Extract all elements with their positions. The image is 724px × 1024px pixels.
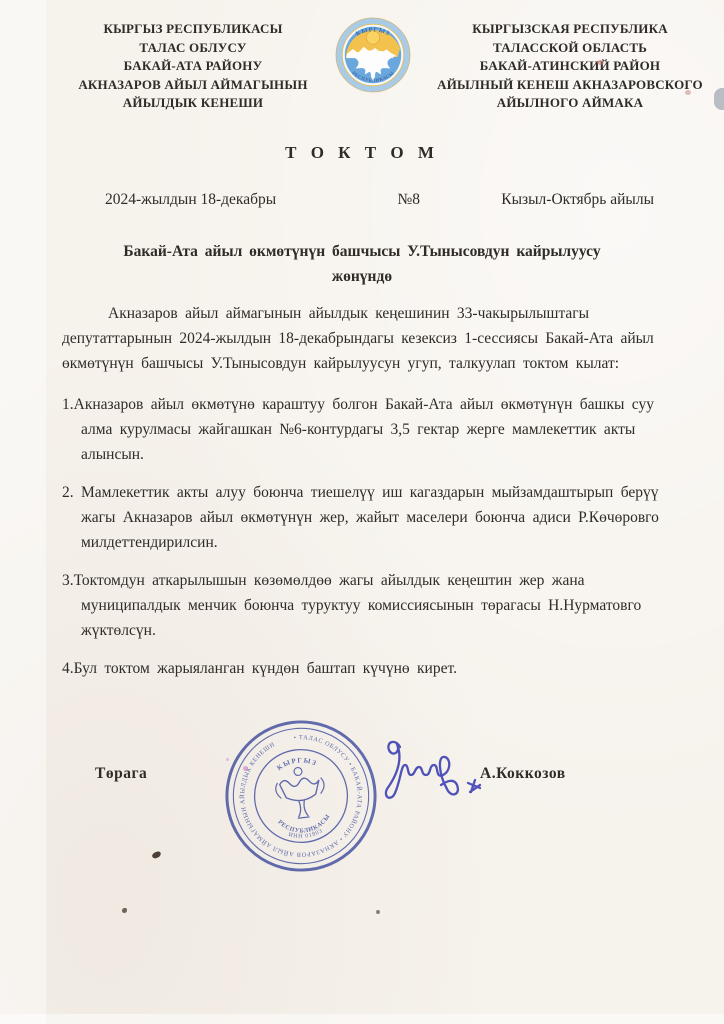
- scan-speck: [597, 60, 604, 65]
- decree-preamble: Акназаров айыл аймагынын айылдык кеңешин…: [62, 301, 674, 376]
- signer-role: Төрага: [95, 765, 147, 783]
- signature-block: Төрага • ТАЛАС ОБЛУСУ • БАКАЙ-АТА РАЙОНУ…: [0, 707, 724, 947]
- scanned-decree-page: КЫРГЫЗ РЕСПУБЛИКАСЫ ТАЛАС ОБЛУСУ БАКАЙ-А…: [0, 0, 724, 1024]
- document-title: Т О К Т О М: [0, 143, 724, 163]
- org-line: АКНАЗАРОВ АЙЫЛ АЙМАГЫНЫН: [62, 76, 324, 95]
- org-line: ТАЛАС ОБЛУСУ: [62, 39, 324, 58]
- decree-item-3: 3.Токтомдун аткарылышын көзөмөлдөө жагы …: [62, 568, 680, 643]
- org-name-kyrgyz: КЫРГЫЗ РЕСПУБЛИКАСЫ ТАЛАС ОБЛУСУ БАКАЙ-А…: [62, 20, 324, 113]
- stamp-inner-top-text: КЫРГЫЗ: [275, 755, 319, 773]
- org-line: ТАЛАССКОЙ ОБЛАСТЬ: [422, 39, 718, 58]
- handwritten-signature-icon: [376, 731, 494, 813]
- kyrgyz-national-emblem-icon: КЫРГЫЗ РЕСПУБЛИКАСЫ: [334, 16, 412, 94]
- org-line: АЙЫЛНОГО АЙМАКА: [422, 94, 718, 113]
- org-line: БАКАЙ-АТА РАЙОНУ: [62, 57, 324, 76]
- decree-number: №8: [397, 191, 420, 209]
- decree-subject: Бакай-Ата айыл өкмөтүнүн башчысы У.Тыныс…: [123, 239, 601, 289]
- scan-speck: [714, 88, 724, 110]
- official-round-stamp-icon: • ТАЛАС ОБЛУСУ • БАКАЙ-АТА РАЙОНУ • АКНА…: [222, 717, 380, 875]
- decree-item-4: 4.Бул токтом жарыяланган күндөн баштап к…: [62, 656, 680, 681]
- scan-speck: [685, 90, 691, 95]
- org-line: КЫРГЫЗСКАЯ РЕСПУБЛИКА: [422, 20, 718, 39]
- svg-text:• ТАЛАС ОБЛУСУ • БАКАЙ-АТА РАЙ: • ТАЛАС ОБЛУСУ • БАКАЙ-АТА РАЙОНУ • АКНА…: [231, 727, 371, 865]
- scan-speck: [243, 766, 248, 771]
- decree-items: 1.Акназаров айыл өкмөтүнө караштуу болго…: [62, 392, 680, 681]
- stamp-ring-text: • ТАЛАС ОБЛУСУ • БАКАЙ-АТА РАЙОНУ • АКНА…: [231, 727, 371, 865]
- decree-item-2: 2. Мамлекеттик акты алуу боюнча тиешелүү…: [62, 480, 680, 555]
- decree-date: 2024-жылдын 18-декабры: [105, 191, 276, 209]
- org-line: КЫРГЫЗ РЕСПУБЛИКАСЫ: [62, 20, 324, 39]
- date-number-place-row: 2024-жылдын 18-декабры №8 Кызыл-Октябрь …: [105, 191, 654, 209]
- scan-edge-bottom: [0, 1014, 724, 1024]
- scan-speck: [226, 758, 229, 761]
- decree-item-1: 1.Акназаров айыл өкмөтүнө караштуу болго…: [62, 392, 680, 467]
- org-line: БАКАЙ-АТИНСКИЙ РАЙОН: [422, 57, 718, 76]
- signer-name: А.Коккозов: [480, 765, 566, 783]
- org-line: АЙЫЛНЫЙ КЕНЕШ АКНАЗАРОВСКОГО: [422, 76, 718, 95]
- org-line: АЙЫЛДЫК КЕНЕШИ: [62, 94, 324, 113]
- decree-place: Кызыл-Октябрь айылы: [501, 191, 654, 209]
- svg-text:КЫРГЫЗ: КЫРГЫЗ: [275, 755, 319, 773]
- letterhead: КЫРГЫЗ РЕСПУБЛИКАСЫ ТАЛАС ОБЛУСУ БАКАЙ-А…: [0, 0, 724, 113]
- org-name-russian: КЫРГЫЗСКАЯ РЕСПУБЛИКА ТАЛАССКОЙ ОБЛАСТЬ …: [422, 20, 718, 113]
- scan-speck: [376, 910, 380, 914]
